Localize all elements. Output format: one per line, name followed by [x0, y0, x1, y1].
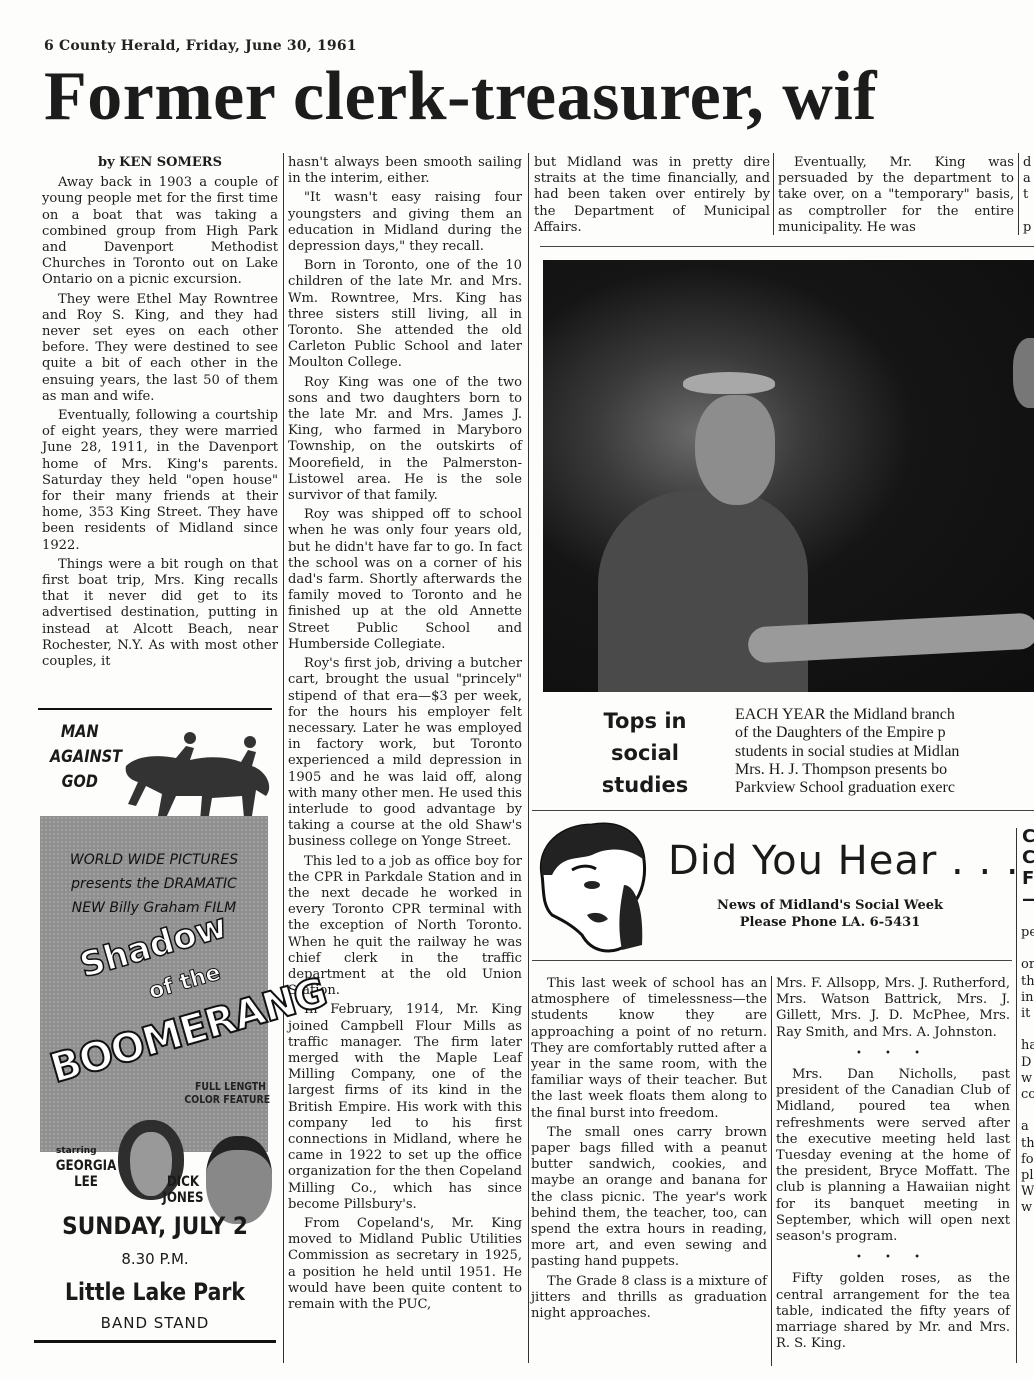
paragraph: From Copeland's, Mr. King moved to Midla…	[288, 1216, 522, 1313]
paragraph: Fifty golden roses, as the central arran…	[776, 1271, 1010, 1352]
heading-line: social	[560, 737, 730, 769]
headline: Former clerk-treasurer, wif	[44, 56, 877, 138]
paragraph: Mrs. Dan Nicholls, past president of the…	[776, 1067, 1010, 1245]
divider	[540, 246, 1034, 247]
paragraph: but Midland was in pretty dire straits a…	[534, 155, 770, 236]
column-rule	[771, 976, 772, 1366]
paragraph: Eventually, Mr. King was persuaded by th…	[778, 155, 1014, 236]
paragraph: Things were a bit rough on that first bo…	[42, 557, 278, 670]
article-column-3: but Midland was in pretty dire straits a…	[534, 155, 770, 239]
caption-line: of the Daughters of the Empire p	[735, 724, 1034, 742]
column-rule	[1018, 153, 1019, 235]
ad-tagline: MAN AGAINST GOD	[50, 720, 110, 795]
photo-heading: Tops in social studies	[560, 705, 730, 801]
separator-dots: • • •	[776, 1046, 1010, 1062]
photo-figure-face	[695, 395, 775, 505]
paragraph: The Grade 8 class is a mixture of jitter…	[531, 1274, 767, 1323]
article-column-4: Eventually, Mr. King was persuaded by th…	[778, 155, 1014, 239]
presents-line: WORLD WIDE PICTURES	[38, 848, 270, 872]
actor-portrait	[206, 1136, 272, 1224]
paragraph: "It wasn't easy raising four youngsters …	[288, 190, 522, 255]
heading-line: Tops in	[560, 705, 730, 737]
subtitle-line: News of Midland's Social Week	[680, 897, 980, 914]
column-rule	[528, 153, 529, 1363]
ad-feature-note: FULL LENGTH COLOR FEATURE	[184, 1080, 266, 1106]
column-title: Did You Hear . . . ?	[668, 838, 1034, 884]
ad-time: 8.30 P.M.	[38, 1250, 272, 1268]
column-rule	[283, 153, 284, 1363]
paragraph: Born in Toronto, one of the 10 children …	[288, 258, 522, 371]
caption-line: EACH YEAR the Midland branch	[735, 706, 1034, 724]
phone-line: Please Phone LA. 6-5431	[680, 914, 980, 931]
cut-heading: C C F —	[1022, 826, 1034, 910]
caption-line: Mrs. H. J. Thompson presents bo	[735, 761, 1034, 779]
ad-star-name: GEORGIA LEE	[52, 1158, 120, 1190]
article-column-2: hasn't always been smooth sailing in the…	[288, 155, 522, 1316]
paragraph: In February, 1914, Mr. King joined Campb…	[288, 1002, 522, 1213]
divider	[532, 810, 1034, 811]
column-rule	[1016, 828, 1017, 1363]
paragraph: Roy King was one of the two sons and two…	[288, 375, 522, 505]
ad-presents: WORLD WIDE PICTURES presents the DRAMATI…	[38, 848, 270, 920]
paragraph: hasn't always been smooth sailing in the…	[288, 155, 522, 187]
caption-line: students in social studies at Midlan	[735, 743, 1034, 761]
paragraph: Eventually, following a courtship of eig…	[42, 408, 278, 554]
social-column-1: This last week of school has an atmosphe…	[531, 976, 767, 1325]
ad-venue-sub: BAND STAND	[38, 1314, 272, 1332]
divider	[532, 960, 1012, 961]
ad-starring-label: starring	[56, 1146, 97, 1156]
photo-second-figure	[1013, 338, 1034, 408]
news-photo	[543, 260, 1034, 692]
paragraph: Mrs. F. Allsopp, Mrs. J. Rutherford, Mrs…	[776, 976, 1010, 1041]
paragraph: Roy's first job, driving a butcher cart,…	[288, 656, 522, 850]
cut-column-text: pe or th in it ha D w co a th fo pl W w	[1021, 925, 1034, 1217]
page-folio: 6 County Herald, Friday, June 30, 1961	[44, 38, 357, 54]
paragraph: This last week of school has an atmosphe…	[531, 976, 767, 1122]
paragraph: This led to a job as office boy for the …	[288, 854, 522, 1000]
ad-venue: Little Lake Park	[56, 1278, 255, 1306]
article-column-1: by KEN SOMERS Away back in 1903 a couple…	[42, 155, 278, 673]
column-subtitle: News of Midland's Social Week Please Pho…	[680, 897, 980, 931]
social-column-2: Mrs. F. Allsopp, Mrs. J. Rutherford, Mrs…	[776, 976, 1010, 1355]
presents-line: NEW Billy Graham FILM	[38, 896, 270, 920]
paragraph: They were Ethel May Rowntree and Roy S. …	[42, 292, 278, 405]
presents-line: presents the DRAMATIC	[38, 872, 270, 896]
ad-border	[38, 708, 272, 710]
column-rule	[773, 153, 774, 235]
movie-advertisement: MAN AGAINST GOD WORLD WIDE PICTURES pres…	[38, 708, 272, 1348]
paragraph: The small ones carry brown paper bags fi…	[531, 1125, 767, 1271]
photo-figure-hat	[683, 372, 775, 394]
woman-on-phone-icon	[532, 815, 670, 955]
separator-dots: • • •	[776, 1250, 1010, 1266]
ad-date: SUNDAY, JULY 2	[50, 1212, 261, 1240]
cut-column-text: d a t p	[1023, 155, 1034, 236]
paragraph: Away back in 1903 a couple of young peop…	[42, 175, 278, 288]
heading-line: studies	[560, 769, 730, 801]
ad-border	[34, 1340, 276, 1343]
photo-caption: EACH YEAR the Midland branch of the Daug…	[735, 706, 1034, 797]
caption-line: Parkview School graduation exerc	[735, 779, 1034, 797]
byline: by KEN SOMERS	[42, 155, 278, 171]
horse-riders-icon	[116, 726, 276, 826]
ad-star-name: DICK JONES	[153, 1174, 213, 1206]
paragraph: Roy was shipped off to school when he wa…	[288, 507, 522, 653]
